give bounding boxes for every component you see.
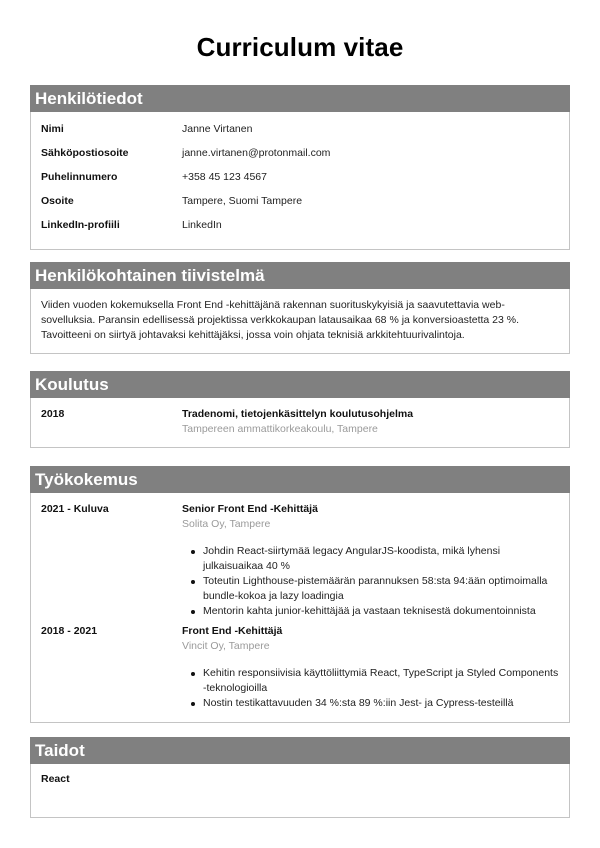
field-row-address: Osoite Tampere, Suomi Tampere — [31, 195, 569, 219]
section-experience: Työkokemus 2021 - Kuluva Senior Front En… — [30, 466, 570, 723]
achievement-list: Kehitin responsiivisia käyttöliittymiä R… — [182, 666, 569, 711]
section-skills: Taidot React — [30, 737, 570, 818]
achievement-item: Johdin React-siirtymää legacy AngularJS-… — [182, 544, 559, 574]
achievement-item: Kehitin responsiivisia käyttöliittymiä R… — [182, 666, 559, 696]
entry-organization: Vincit Oy, Tampere — [182, 638, 569, 654]
summary-text: Viiden vuoden kokemuksella Front End -ke… — [31, 289, 569, 353]
section-personal-info: Henkilötiedot Nimi Janne Virtanen Sähköp… — [30, 85, 570, 250]
entry-period: 2018 — [31, 408, 182, 437]
education-entry: 2018 Tradenomi, tietojenkäsittelyn koulu… — [31, 408, 569, 437]
field-row-phone: Puhelinnumero +358 45 123 4567 — [31, 171, 569, 195]
field-label: Osoite — [31, 195, 182, 219]
field-value-email: janne.virtanen@protonmail.com — [182, 147, 569, 171]
achievement-item: Toteutin Lighthouse-pistemäärän parannuk… — [182, 574, 559, 604]
page-title: Curriculum vitae — [0, 32, 600, 63]
section-heading: Koulutus — [30, 371, 570, 398]
achievement-list: Johdin React-siirtymää legacy AngularJS-… — [182, 544, 569, 619]
skill-item: React — [41, 773, 559, 785]
experience-entry: 2021 - Kuluva Senior Front End -Kehittäj… — [31, 503, 569, 619]
cv-page: Curriculum vitae Henkilötiedot Nimi Jann… — [0, 0, 600, 848]
linkedin-link[interactable]: LinkedIn — [182, 219, 569, 243]
field-value-phone: +358 45 123 4567 — [182, 171, 569, 195]
entry-period: 2021 - Kuluva — [31, 503, 182, 619]
entry-title: Front End -Kehittäjä — [182, 625, 569, 638]
entry-title: Senior Front End -Kehittäjä — [182, 503, 569, 516]
field-row-linkedin: LinkedIn-profiili LinkedIn — [31, 219, 569, 243]
section-summary: Henkilökohtainen tiivistelmä Viiden vuod… — [30, 262, 570, 354]
entry-period: 2018 - 2021 — [31, 625, 182, 711]
field-value-name: Janne Virtanen — [182, 123, 569, 147]
section-heading: Henkilötiedot — [30, 85, 570, 112]
field-row-email: Sähköpostiosoite janne.virtanen@protonma… — [31, 147, 569, 171]
field-label: Nimi — [31, 123, 182, 147]
section-heading: Työkokemus — [30, 466, 570, 493]
field-label: LinkedIn-profiili — [31, 219, 182, 243]
section-education: Koulutus 2018 Tradenomi, tietojenkäsitte… — [30, 371, 570, 448]
section-heading: Henkilökohtainen tiivistelmä — [30, 262, 570, 289]
entry-organization: Solita Oy, Tampere — [182, 516, 569, 532]
entry-title: Tradenomi, tietojenkäsittelyn koulutusoh… — [182, 408, 569, 421]
field-row-name: Nimi Janne Virtanen — [31, 123, 569, 147]
field-label: Sähköpostiosoite — [31, 147, 182, 171]
field-label: Puhelinnumero — [31, 171, 182, 195]
field-value-address: Tampere, Suomi Tampere — [182, 195, 569, 219]
experience-entry: 2018 - 2021 Front End -Kehittäjä Vincit … — [31, 625, 569, 711]
achievement-item: Nostin testikattavuuden 34 %:sta 89 %:ii… — [182, 696, 559, 711]
section-heading: Taidot — [30, 737, 570, 764]
achievement-item: Mentorin kahta junior-kehittäjää ja vast… — [182, 604, 559, 619]
entry-organization: Tampereen ammattikorkeakoulu, Tampere — [182, 421, 569, 437]
